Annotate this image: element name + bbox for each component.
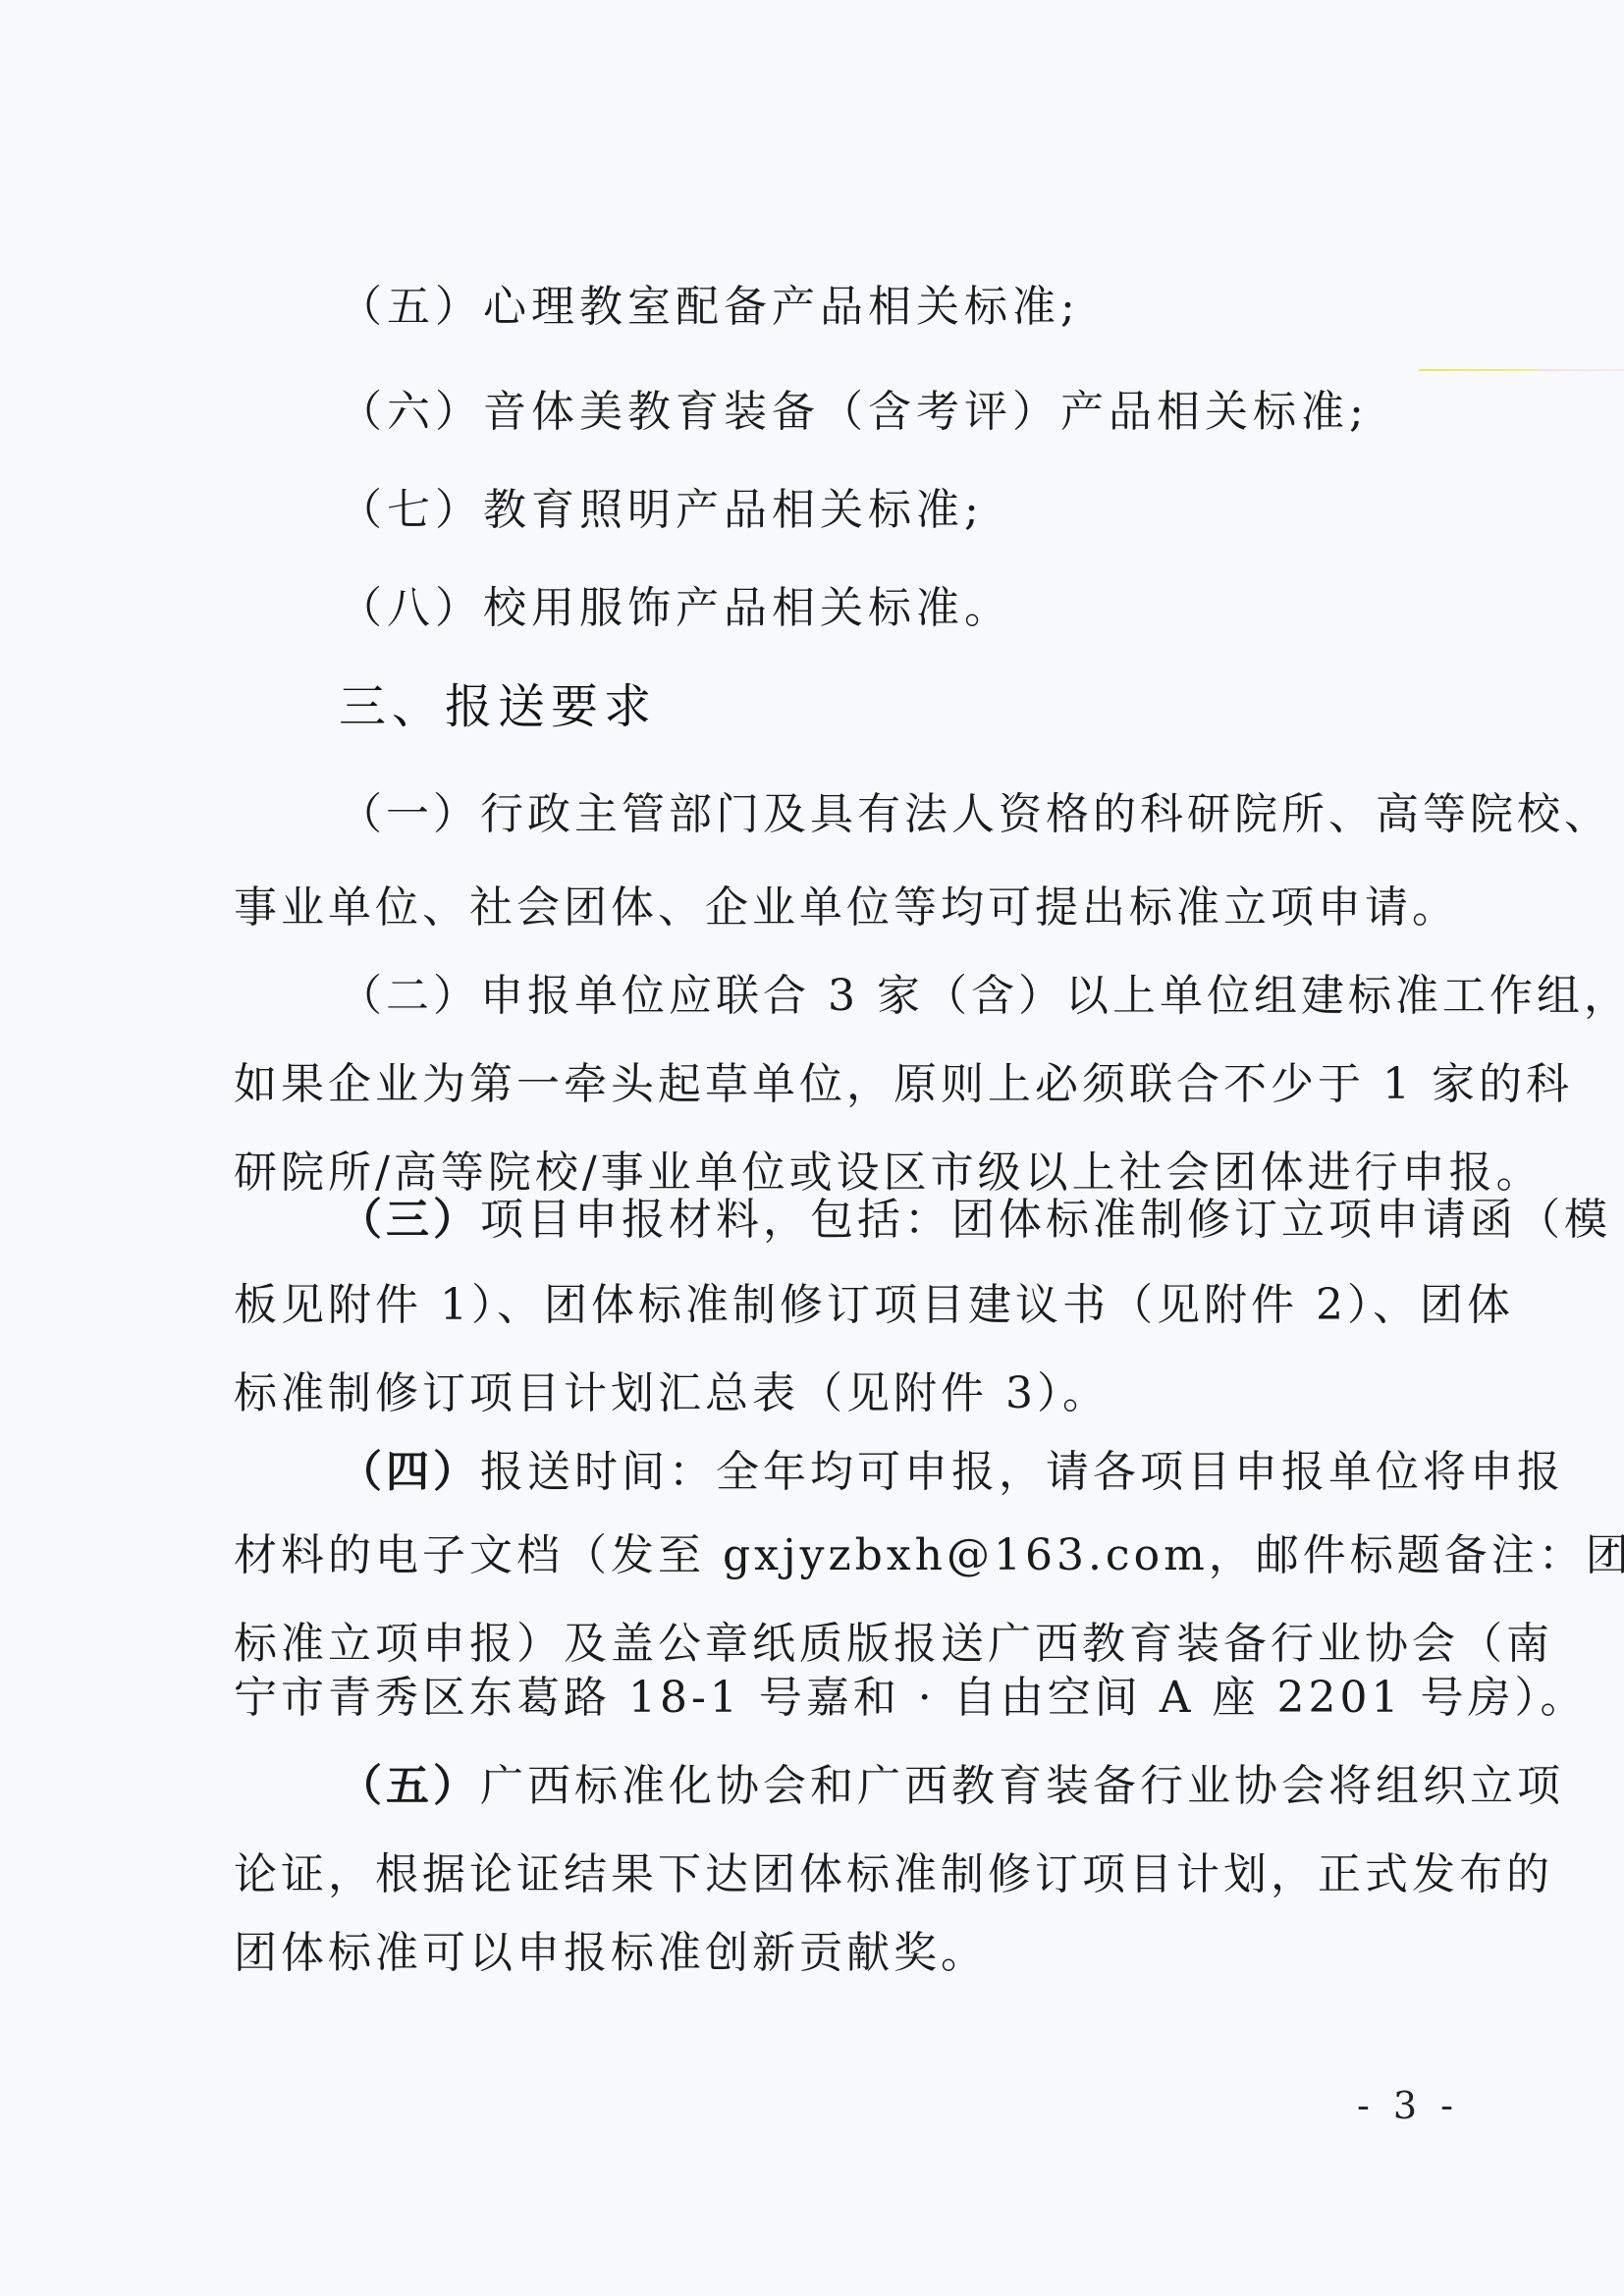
paragraph-5-line-2: 论证，根据论证结果下达团体标准制修订项目计划，正式发布的	[234, 1845, 1553, 1904]
paragraph-2-lead: （二）	[339, 971, 480, 1021]
paragraph-1-line-1: （一）行政主管部门及具有法人资格的科研院所、高等院校、	[339, 785, 1611, 844]
paragraph-2-text: 申报单位应联合 3 家（含）以上单位组建标准工作组，	[480, 971, 1624, 1021]
paragraph-2-line-1: （二）申报单位应联合 3 家（含）以上单位组建标准工作组，	[339, 967, 1624, 1026]
section-heading: 三、报送要求	[339, 675, 657, 738]
paragraph-3-line-3: 标准制修订项目计划汇总表（见附件 3）。	[234, 1364, 1110, 1423]
paragraph-4-text: 报送时间：全年均可申报，请各项目申报单位将申报	[480, 1447, 1564, 1497]
paragraph-1-lead: （一）	[339, 789, 480, 839]
paragraph-5-line-3: 团体标准可以申报标准创新贡献奖。	[234, 1924, 988, 1983]
list-item-5: （五）心理教室配备产品相关标准;	[339, 278, 1080, 337]
scan-line-artifact	[1419, 369, 1624, 371]
paragraph-4-lead: （四）	[339, 1447, 480, 1497]
paragraph-5-line-1: （五）广西标准化协会和广西教育装备行业协会将组织立项	[339, 1757, 1564, 1816]
paragraph-4-line-3: 标准立项申报）及盖公章纸质版报送广西教育装备行业协会（南	[234, 1615, 1553, 1674]
list-item-7: （七）教育照明产品相关标准;	[339, 481, 984, 540]
paragraph-3-line-1-text: （三）项目申报材料，包括：团体标准制修订立项申请函（模	[339, 1191, 1611, 1250]
paragraph-5-lead: （五）	[339, 1761, 480, 1811]
paragraph-5-text: 广西标准化协会和广西教育装备行业协会将组织立项	[480, 1761, 1564, 1811]
paragraph-4-line-4: 宁市青秀区东葛路 18-1 号嘉和 · 自由空间 A 座 2201 号房）。	[234, 1669, 1587, 1728]
paragraph-4-line-1: （四）报送时间：全年均可申报，请各项目申报单位将申报	[339, 1443, 1564, 1502]
paragraph-3-line-2: 板见附件 1）、团体标准制修订项目建议书（见附件 2）、团体	[234, 1276, 1514, 1335]
document-page: （五）心理教室配备产品相关标准; （六）音体美教育装备（含考评）产品相关标准; …	[0, 0, 1624, 2296]
paragraph-2-line-2: 如果企业为第一牵头起草单位，原则上必须联合不少于 1 家的科	[234, 1055, 1573, 1114]
paragraph-4-line-2: 材料的电子文档（发至 gxjyzbxh@163.com，邮件标题备注：团体	[234, 1526, 1624, 1585]
paragraph-1-text: 行政主管部门及具有法人资格的科研院所、高等院校、	[480, 789, 1611, 839]
page-number: - 3 -	[1357, 2084, 1459, 2127]
paragraph-1-line-2: 事业单位、社会团体、企业单位等均可提出标准立项申请。	[234, 879, 1459, 937]
list-item-6: （六）音体美教育装备（含考评）产品相关标准;	[339, 383, 1369, 442]
paragraph-3-text: 项目申报材料，包括：团体标准制修订立项申请函（模	[480, 1195, 1611, 1245]
paragraph-3-lead: （三）	[339, 1195, 480, 1245]
list-item-8: （八）校用服饰产品相关标准。	[339, 579, 1012, 638]
